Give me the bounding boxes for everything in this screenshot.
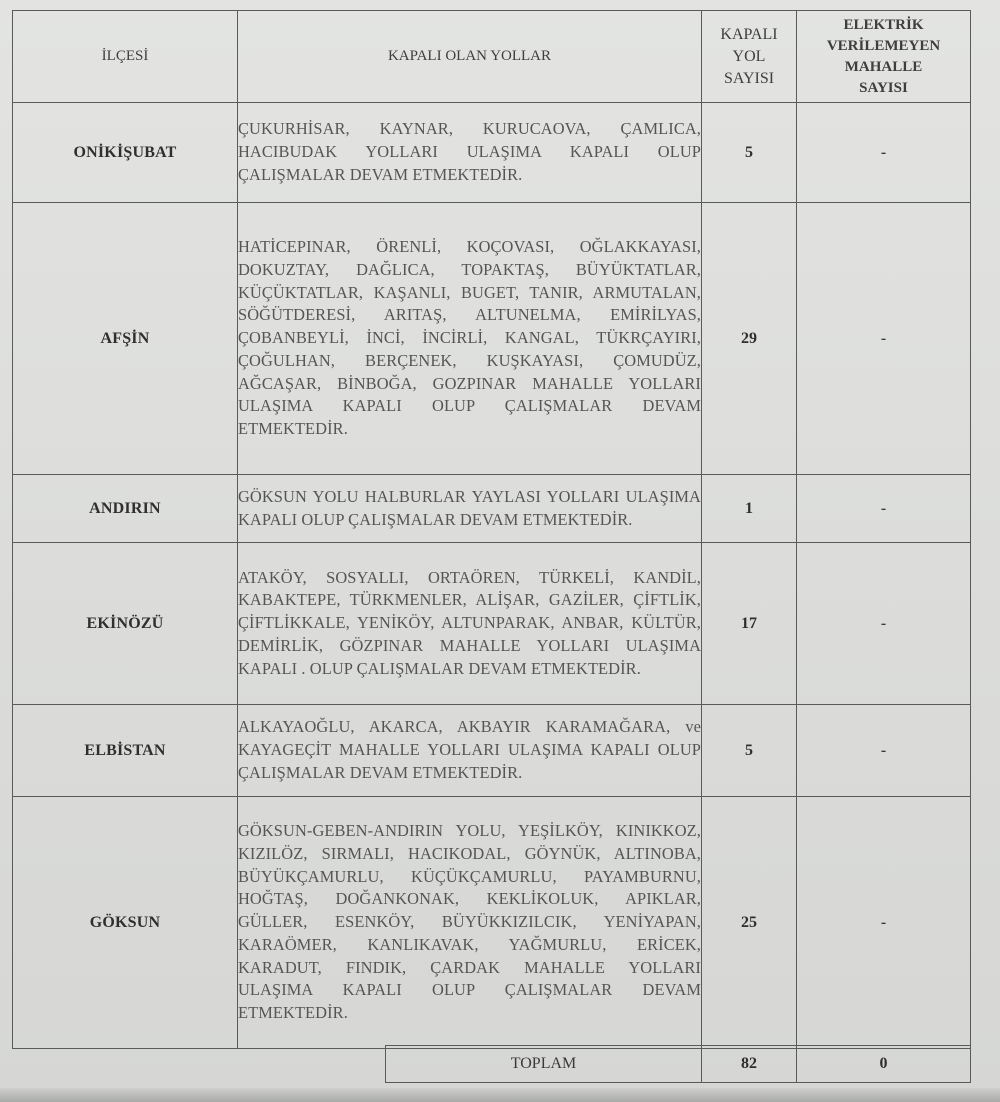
total-label: TOPLAM xyxy=(386,1046,702,1083)
closed-road-count: 29 xyxy=(702,203,797,475)
closed-roads-text: ÇUKURHİSAR, KAYNAR, KURUCAOVA, ÇAMLICA, … xyxy=(238,103,702,203)
table-row: ELBİSTAN ALKAYAOĞLU, AKARCA, AKBAYIR KAR… xyxy=(13,705,971,797)
closed-roads-text: GÖKSUN YOLU HALBURLAR YAYLASI YOLLARI UL… xyxy=(238,475,702,543)
closed-roads-table: İLÇESİ KAPALI OLAN YOLLAR KAPALI YOL SAY… xyxy=(12,10,971,1049)
no-power-count: - xyxy=(797,203,971,475)
table-row: EKİNÖZÜ ATAKÖY, SOSYALLI, ORTAÖREN, TÜRK… xyxy=(13,543,971,705)
total-no-power-count: 0 xyxy=(797,1046,971,1083)
no-power-count: - xyxy=(797,543,971,705)
district-name: ONİKİŞUBAT xyxy=(13,103,238,203)
district-name: AFŞİN xyxy=(13,203,238,475)
total-row: TOPLAM 82 0 xyxy=(386,1046,971,1083)
closed-road-count: 17 xyxy=(702,543,797,705)
header-closed-road-count: KAPALI YOL SAYISI xyxy=(702,11,797,103)
table-row: AFŞİN HATİCEPINAR, ÖRENLİ, KOÇOVASI, OĞL… xyxy=(13,203,971,475)
district-name: EKİNÖZÜ xyxy=(13,543,238,705)
table-row: ANDIRIN GÖKSUN YOLU HALBURLAR YAYLASI YO… xyxy=(13,475,971,543)
total-closed-road-count: 82 xyxy=(702,1046,797,1083)
no-power-count: - xyxy=(797,475,971,543)
closed-road-count: 1 xyxy=(702,475,797,543)
total-table: TOPLAM 82 0 xyxy=(385,1045,971,1083)
closed-roads-text: GÖKSUN-GEBEN-ANDIRIN YOLU, YEŞİLKÖY, KIN… xyxy=(238,797,702,1049)
closed-road-count: 5 xyxy=(702,705,797,797)
closed-road-count: 5 xyxy=(702,103,797,203)
district-name: ANDIRIN xyxy=(13,475,238,543)
closed-roads-text: ALKAYAOĞLU, AKARCA, AKBAYIR KARAMAĞARA, … xyxy=(238,705,702,797)
no-power-count: - xyxy=(797,705,971,797)
no-power-count: - xyxy=(797,797,971,1049)
closed-roads-text: ATAKÖY, SOSYALLI, ORTAÖREN, TÜRKELİ, KAN… xyxy=(238,543,702,705)
header-row: İLÇESİ KAPALI OLAN YOLLAR KAPALI YOL SAY… xyxy=(13,11,971,103)
table-row: GÖKSUN GÖKSUN-GEBEN-ANDIRIN YOLU, YEŞİLK… xyxy=(13,797,971,1049)
header-closed-roads: KAPALI OLAN YOLLAR xyxy=(238,11,702,103)
header-district: İLÇESİ xyxy=(13,11,238,103)
closed-road-count: 25 xyxy=(702,797,797,1049)
header-no-power-neighborhoods: ELEKTRİK VERİLEMEYEN MAHALLE SAYISI xyxy=(797,11,971,103)
page-edge-shadow xyxy=(0,1088,1000,1102)
district-name: GÖKSUN xyxy=(13,797,238,1049)
closed-roads-text: HATİCEPINAR, ÖRENLİ, KOÇOVASI, OĞLAKKAYA… xyxy=(238,203,702,475)
district-name: ELBİSTAN xyxy=(13,705,238,797)
no-power-count: - xyxy=(797,103,971,203)
document-page: İLÇESİ KAPALI OLAN YOLLAR KAPALI YOL SAY… xyxy=(0,0,1000,1092)
table-row: ONİKİŞUBAT ÇUKURHİSAR, KAYNAR, KURUCAOVA… xyxy=(13,103,971,203)
